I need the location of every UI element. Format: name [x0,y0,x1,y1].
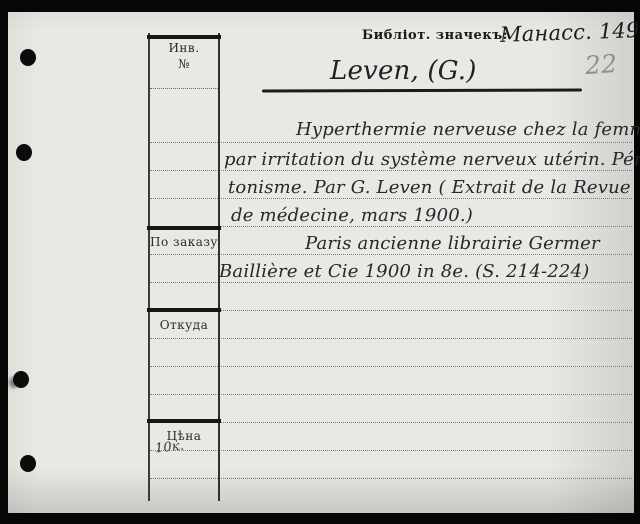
ruled-line [150,394,632,395]
ruled-line [150,226,632,227]
ruled-line [150,170,632,171]
column-section-bar [147,226,221,230]
ruled-line [150,142,632,143]
punch-hole [20,49,36,66]
scanned-catalog-card-page: Библіот. значекъ: Манасс. 14932 22 Leven… [0,0,640,524]
column-ruled-line [150,88,218,89]
ruled-line [150,366,632,367]
entry-line: de médecine, mars 1900.) [231,207,473,225]
punch-hole [13,371,29,388]
origin-label: Откуда [149,319,219,331]
entry-line: Baillière et Cie 1900 in 8e. (S. 214-224… [219,263,589,281]
inventory-label: Инв. [149,42,219,54]
library-stamp-label: Библіот. значекъ: [362,29,508,42]
author-heading: Leven, (G.) [330,58,477,84]
punch-hole [16,144,32,161]
entry-line: par irritation du système nerveux utérin… [224,151,640,169]
entry-line: Paris ancienne librairie Germer [305,235,600,253]
accession-number: Манасс. 14932 [500,19,640,46]
pencil-number: 22 [584,51,618,78]
ruled-line [150,478,632,479]
ruled-line [150,338,632,339]
ruled-line [150,310,632,311]
ruled-line [150,198,632,199]
entry-line: Hyperthermie nerveuse chez la femme [296,121,640,139]
order-label: По заказу [149,236,219,248]
entry-line: tonisme. Par G. Leven ( Extrait de la Re… [228,179,631,197]
punch-hole [20,455,36,472]
ruled-line [150,450,632,451]
column-section-bar [147,308,221,312]
inventory-number-sign: № [149,58,219,70]
ruled-line [150,254,632,255]
ruled-line [150,282,632,283]
ruled-line [150,422,632,423]
column-section-bar [147,35,221,39]
price-value: 10к. [154,440,184,456]
column-section-bar [147,419,221,423]
